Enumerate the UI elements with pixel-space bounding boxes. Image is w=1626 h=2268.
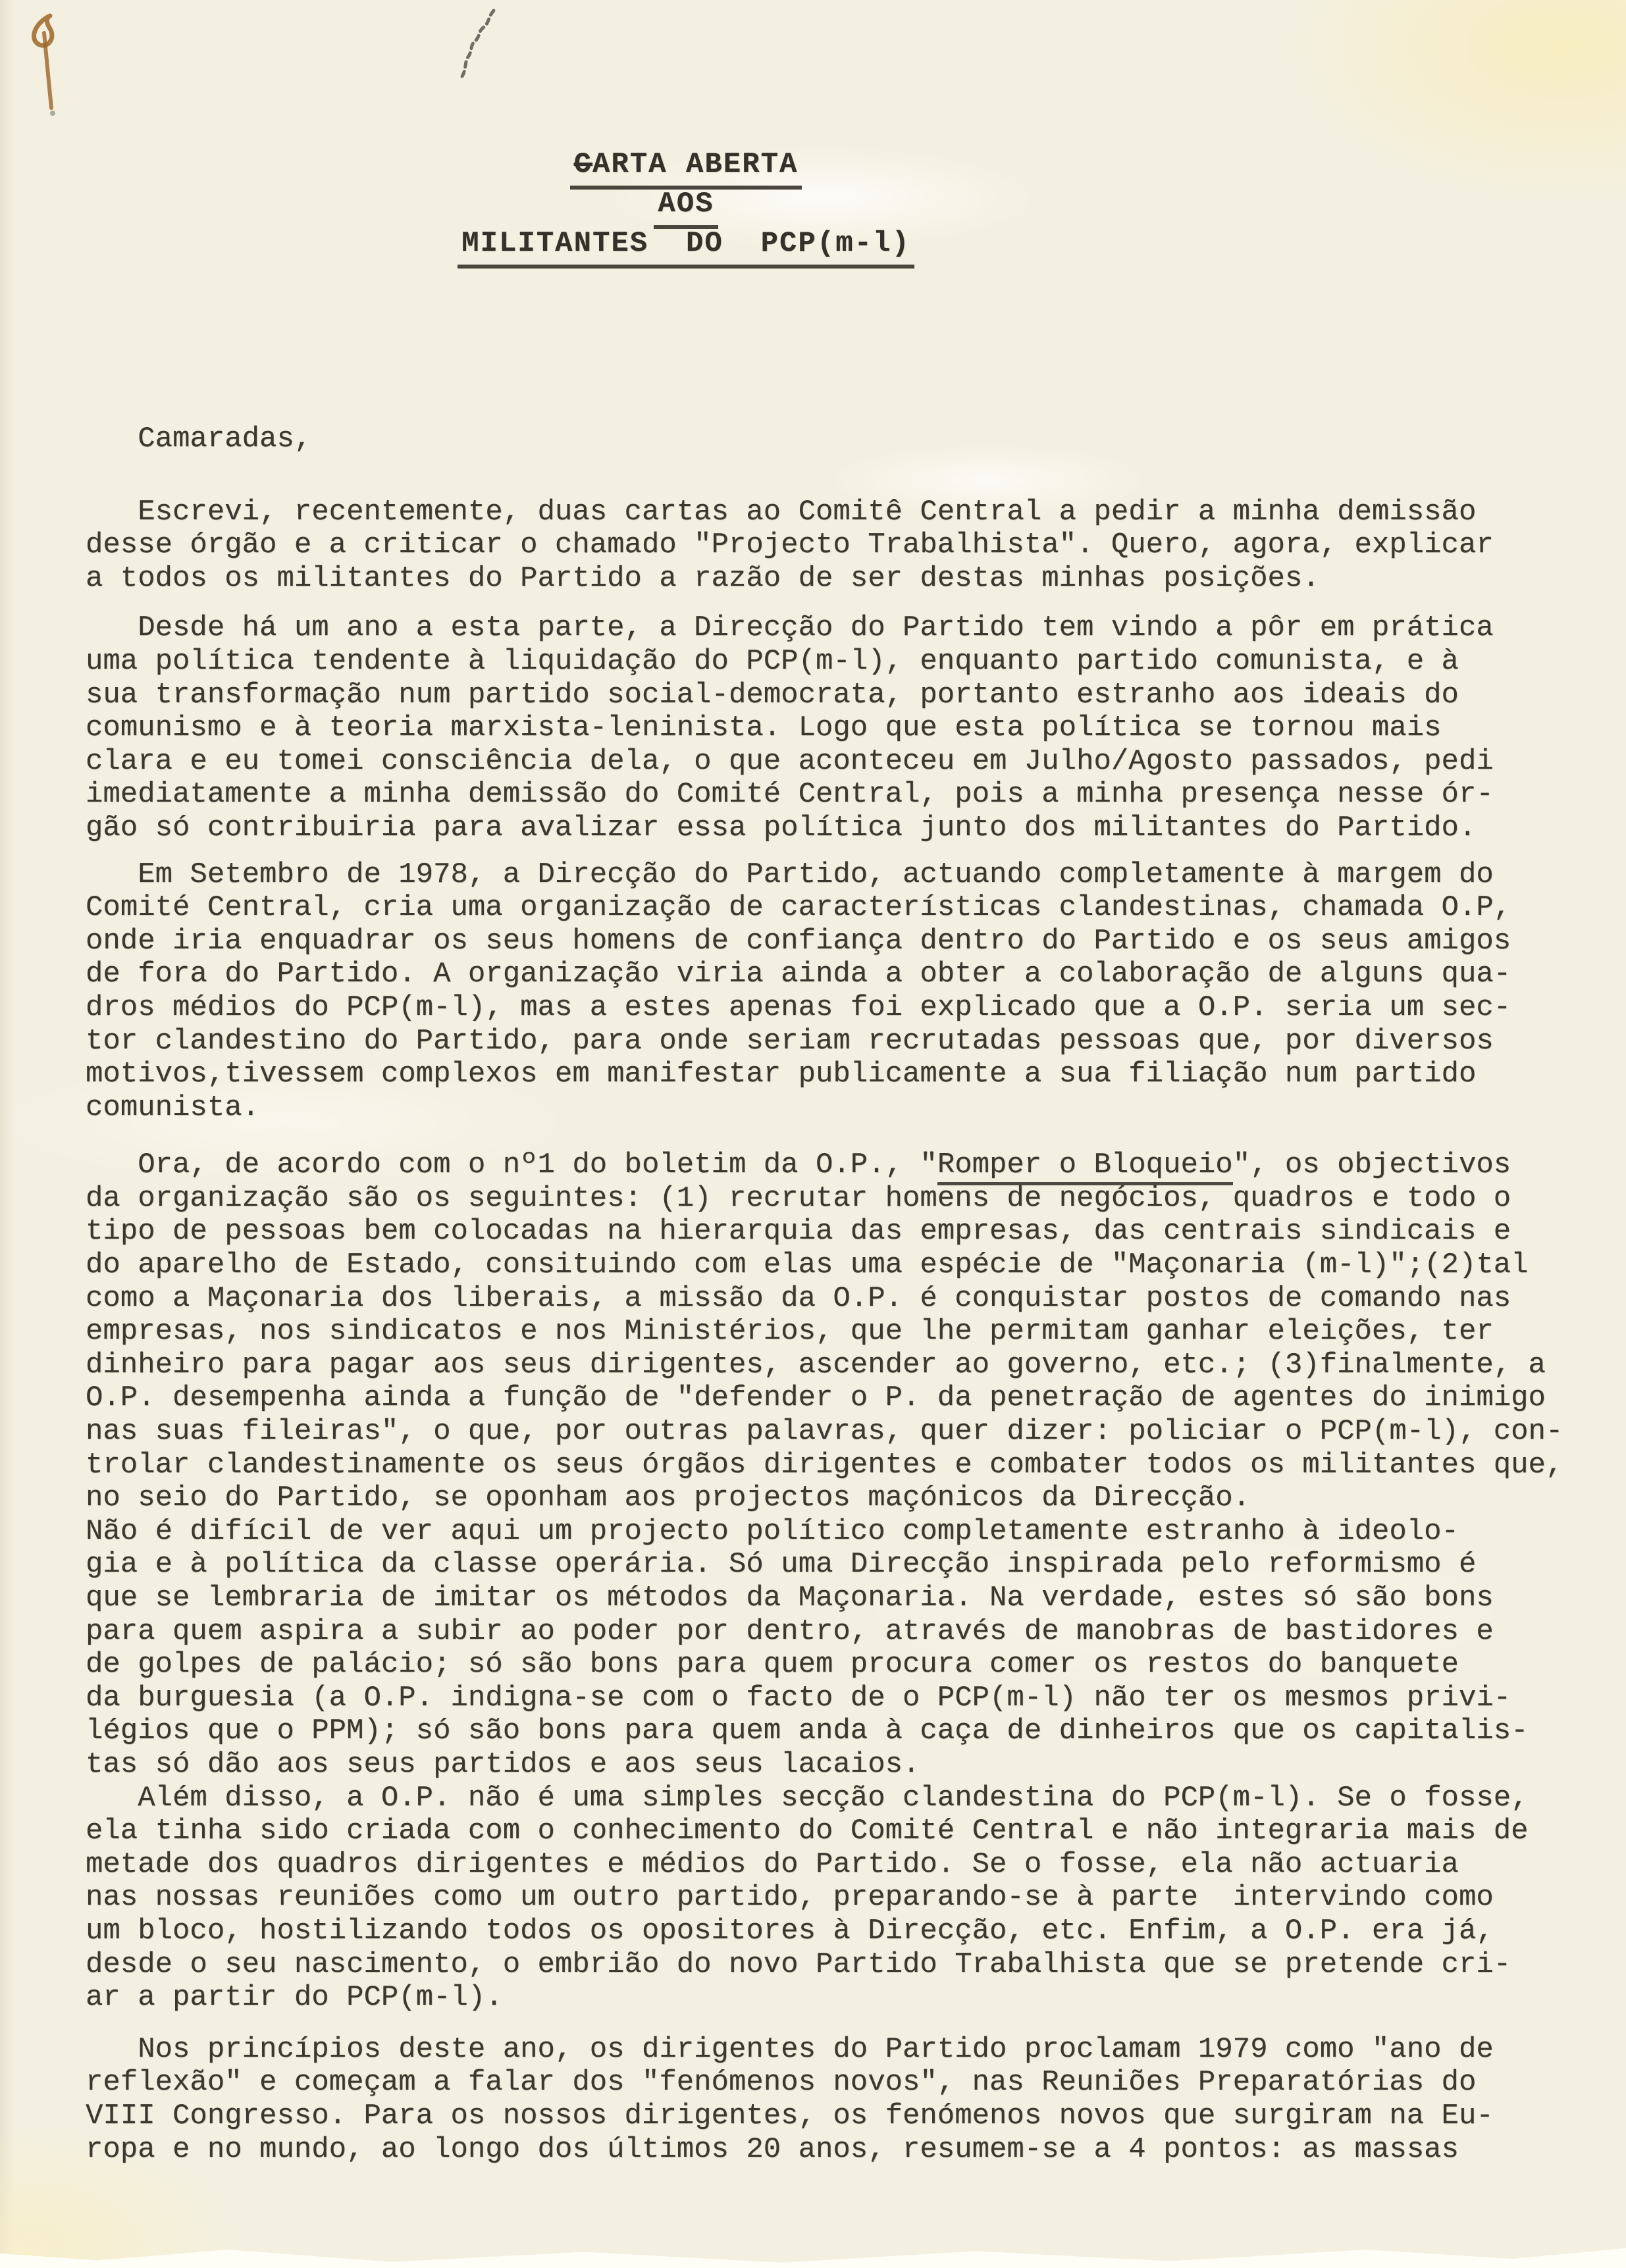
pencil-scribble-icon [458, 8, 498, 82]
title-line-3: MILITANTES DO PCP(m-l) [0, 224, 1415, 263]
paragraph-em-setembro: Em Setembro de 1978, a Direcção do Parti… [86, 858, 1626, 1125]
paragraph-ora-after: ", os objectivos da organização são os s… [86, 1148, 1563, 1514]
paragraph-intro: Escrevi, recentemente, duas cartas ao Co… [86, 496, 1626, 596]
salutation: Camaradas, [86, 423, 1626, 456]
title-line-3-text: MILITANTES DO PCP(m-l) [458, 224, 914, 269]
scanned-letter-page: CARTA ABERTA AOS MILITANTES DO PCP(m-l) … [0, 0, 1626, 2268]
title-line-1: CARTA ABERTA [0, 145, 1415, 184]
paragraph-alem-disso: Além disso, a O.P. não é uma simples sec… [86, 1782, 1626, 2015]
scan-bottom-edge [0, 2230, 1626, 2268]
title-struck-letter: C [574, 148, 592, 181]
paragraph-nao-e-dificil: Não é difícil de ver aqui um projecto po… [86, 1515, 1626, 1782]
paragraph-ora-before: Ora, de acordo com o nº1 do boletim da O… [86, 1148, 937, 1181]
title-line-2: AOS [0, 184, 1415, 224]
title-line-1-text: ARTA ABERTA [592, 148, 798, 181]
handwritten-ink-mark [21, 9, 68, 121]
letter-title: CARTA ABERTA AOS MILITANTES DO PCP(m-l) [0, 145, 1415, 263]
paragraph-ora: Ora, de acordo com o nº1 do boletim da O… [86, 1148, 1626, 1515]
paragraph-nos-principios: Nos princípios deste ano, os dirigentes … [86, 2033, 1626, 2166]
underlined-bulletin-name: Romper o Bloqueio [937, 1148, 1233, 1185]
paragraph-desde: Desde há um ano a esta parte, a Direcção… [86, 611, 1626, 844]
title-line-2-text: AOS [654, 184, 718, 229]
